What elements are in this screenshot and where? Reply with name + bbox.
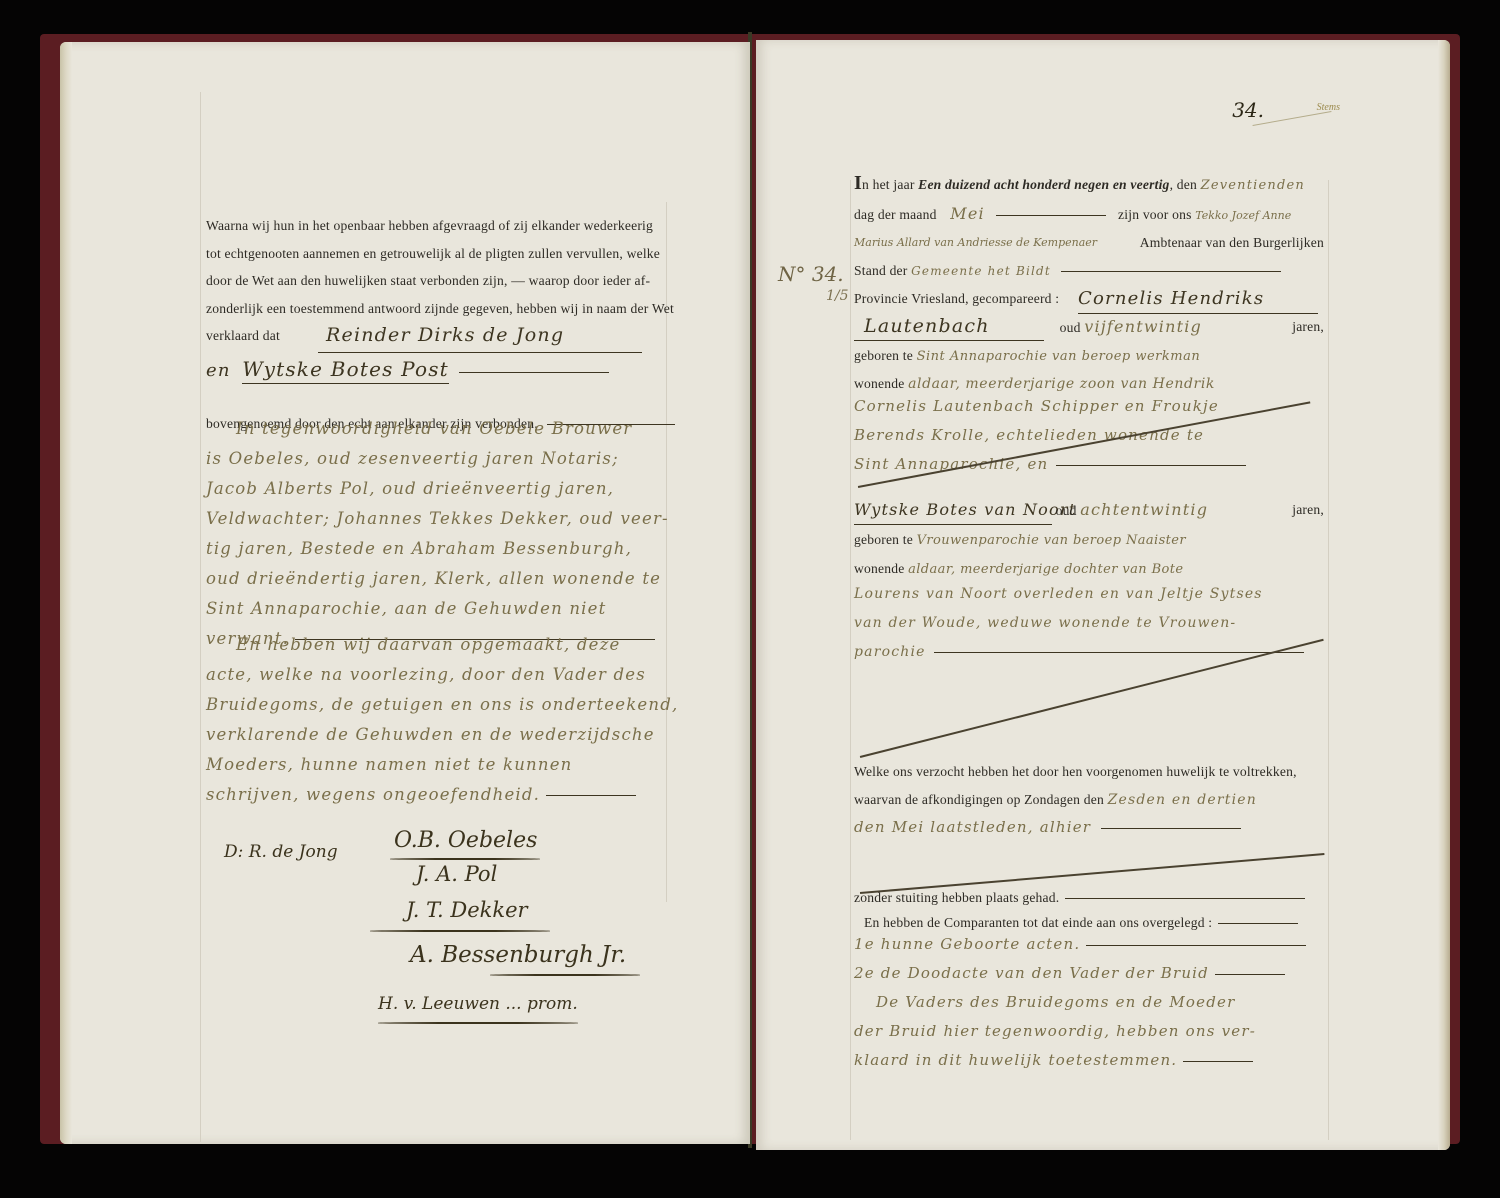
handwritten-line: acte, welke na voorlezing, door den Vade… <box>206 660 660 690</box>
printed-text: En hebben de Comparanten tot dat einde a… <box>864 915 1212 930</box>
groom-age: vijfentwintig <box>1084 317 1202 336</box>
printed-text: geboren te <box>854 532 913 547</box>
printed-line: door de Wet aan den huwelijken staat ver… <box>206 267 660 295</box>
groom-name: Reinder Dirks de Jong <box>318 322 642 353</box>
printed-text: n het jaar <box>862 177 915 192</box>
handwritten-line: tig jaren, Bestede en Abraham Bessenburg… <box>206 534 660 564</box>
signature-flourish <box>490 974 640 976</box>
printed-text: wonende <box>854 376 904 391</box>
right-page: 34. Stems N° 34. 1/5 In het jaar Een dui… <box>756 40 1450 1150</box>
documents-list: 1e hunne Geboorte acten. 2e de Doodacte … <box>854 930 1328 1075</box>
banns-dates-1: Zesden en dertien <box>1108 792 1257 808</box>
handwritten-line: Cornelis Lautenbach Schipper en Froukje <box>854 392 1324 421</box>
fill-rule <box>1218 923 1298 924</box>
printed-text: wonende <box>854 561 904 576</box>
margin-rule <box>850 180 851 1140</box>
printed-text: zijn voor ons <box>1118 207 1192 222</box>
bride-parents: Lourens van Noort overleden en van Jeltj… <box>854 580 1324 667</box>
fill-rule <box>1061 271 1281 272</box>
fill-rule <box>546 795 636 796</box>
margin-rule <box>200 92 201 1142</box>
handwritten-line: Berends Krolle, echtelieden wonende te <box>854 421 1324 450</box>
printed-text: geboren te <box>854 348 913 363</box>
official-name-1: Tekko Jozef Anne <box>1195 209 1291 222</box>
fill-rule <box>1065 898 1305 899</box>
printed-text: , den <box>1170 177 1197 192</box>
signature-witness-4: A. Bessenburgh Jr. <box>410 942 626 968</box>
printed-line: tot echtgenooten aannemen en getrouwelij… <box>206 240 660 268</box>
official-name-2: Marius Allard van Andriesse de Kempenaer <box>854 229 1097 257</box>
witness-paragraph: In tegenwoordigheid van Oebele Brouwer i… <box>206 414 660 654</box>
groom-birthplace: Sint Annaparochie van beroep werkman <box>917 349 1201 364</box>
verklaard-label: verklaard dat <box>206 328 280 343</box>
document-item: 2e de Doodacte van den Vader der Bruid <box>854 964 1209 982</box>
printed-text: jaren, <box>1292 313 1324 341</box>
printed-line: zonderlijk een toestemmend antwoord zijn… <box>206 295 660 323</box>
banns-dates-2: den Mei laatstleden, alhier <box>854 818 1091 836</box>
handwritten-line: is Oebeles, oud zesenveertig jaren Notar… <box>206 444 660 474</box>
act-number-sub: 1/5 <box>826 288 849 304</box>
signature-flourish <box>370 930 550 932</box>
left-page: Waarna wij hun in het openbaar hebben af… <box>60 42 750 1144</box>
bride-prefix: en <box>206 360 231 381</box>
handwritten-line: aldaar, meerderjarige zoon van Hendrik <box>908 376 1215 392</box>
act-opening: In het jaar Een duizend acht honderd neg… <box>854 170 1324 399</box>
fill-rule <box>1183 1061 1253 1062</box>
fill-rule <box>1056 465 1246 466</box>
signature-witness-1: O.B. Oebeles <box>394 828 537 853</box>
printed-text: Ambtenaar van den Burgerlijken <box>1140 229 1324 257</box>
closing-paragraph: En hebben wij daarvan opgemaakt, deze ac… <box>206 630 660 810</box>
bride-name: Wytske Botes Post <box>242 357 449 384</box>
act-number: N° 34. <box>778 262 844 286</box>
signature-official: H. v. Leeuwen ... prom. <box>378 994 578 1014</box>
handwritten-line: Moeders, hunne namen niet te kunnen <box>206 750 660 780</box>
printed-line: Welke ons verzocht hebben het door hen v… <box>854 758 1328 786</box>
year-text: Een duizend acht honderd negen en veerti… <box>918 177 1169 192</box>
handwritten-line: Lourens van Noort overleden en van Jeltj… <box>854 580 1324 609</box>
groom-parents: Cornelis Lautenbach Schipper en Froukje … <box>854 392 1324 479</box>
handwritten-line: klaard in dit huwelijk toetestemmen. <box>854 1051 1177 1069</box>
printed-text: zonder stuiting hebben plaats gehad. <box>854 890 1059 905</box>
fill-rule <box>1101 828 1241 829</box>
signature-flourish <box>378 1022 578 1024</box>
handwritten-line: Bruidegoms, de getuigen en ons is ondert… <box>206 690 660 720</box>
day-value: Zeventienden <box>1201 178 1305 193</box>
printed-text: dag der maand <box>854 207 937 222</box>
bride-name-right: Wytske Botes van Noort <box>854 496 1052 525</box>
handwritten-line: der Bruid hier tegenwoordig, hebben ons … <box>854 1017 1328 1046</box>
request-section: Welke ons verzocht hebben het door hen v… <box>854 758 1328 842</box>
handwritten-line: En hebben wij daarvan opgemaakt, deze <box>206 630 660 660</box>
printed-text: waarvan de afkondigingen op Zondagen den <box>854 792 1104 807</box>
handwritten-line: Sint Annaparochie, aan de Gehuwden niet <box>206 594 660 624</box>
printed-text: oud <box>1056 503 1077 518</box>
printed-text: oud <box>1060 320 1081 335</box>
printed-intro: Waarna wij hun in het openbaar hebben af… <box>206 212 660 438</box>
handwritten-line: Jacob Alberts Pol, oud drieënveertig jar… <box>206 474 660 504</box>
month-value: Mei <box>950 204 985 223</box>
document-item: 1e hunne Geboorte acten. <box>854 935 1080 953</box>
bride-section: Wytske Botes van Noort oud achtentwintig… <box>854 496 1324 583</box>
handwritten-line: De Vaders des Bruidegoms en de Moeder <box>854 988 1328 1017</box>
drop-cap: I <box>854 172 862 194</box>
printed-text: Stand der <box>854 263 908 278</box>
handwritten-line: parochie <box>854 644 926 660</box>
handwritten-line: oud drieëndertig jaren, Klerk, allen won… <box>206 564 660 594</box>
handwritten-line: aldaar, meerderjarige dochter van Bote <box>908 562 1183 577</box>
documents-section: zonder stuiting hebben plaats gehad. En … <box>854 884 1328 934</box>
handwritten-line: schrijven, wegens ongeoefendheid. <box>206 785 540 804</box>
corner-stroke <box>1253 111 1332 126</box>
signature-witness-3: J. T. Dekker <box>406 898 528 922</box>
bride-birthplace: Vrouwenparochie van beroep Naaister <box>917 533 1186 548</box>
groom-first-name: Cornelis Hendriks <box>1078 285 1318 314</box>
groom-surname: Lautenbach <box>854 313 1044 342</box>
printed-text: Provincie Vriesland, gecompareerd : <box>854 291 1059 306</box>
handwritten-line: Sint Annaparochie, en <box>854 455 1048 473</box>
fill-rule <box>934 652 1304 653</box>
fill-rule <box>1086 945 1306 946</box>
handwritten-line: verklarende de Gehuwden en de wederzijds… <box>206 720 660 750</box>
fill-rule <box>1215 974 1285 975</box>
printed-text: jaren, <box>1292 496 1324 524</box>
bride-age: achtentwintig <box>1080 500 1208 519</box>
handwritten-line: In tegenwoordigheid van Oebele Brouwer <box>206 414 660 444</box>
signature-witness-2: J. A. Pol <box>416 862 497 886</box>
printed-line: Waarna wij hun in het openbaar hebben af… <box>206 212 660 240</box>
page-number: 34. <box>1232 98 1264 122</box>
municipality-value: Gemeente het Bildt <box>911 264 1051 278</box>
handwritten-line: van der Woude, weduwe wonende te Vrouwen… <box>854 609 1324 638</box>
fill-rule <box>459 372 609 373</box>
fill-rule <box>996 215 1106 216</box>
margin-rule <box>1328 180 1329 1140</box>
handwritten-line: Veldwachter; Johannes Tekkes Dekker, oud… <box>206 504 660 534</box>
signature-flourish <box>390 858 540 860</box>
signature-father: D: R. de Jong <box>224 842 338 862</box>
